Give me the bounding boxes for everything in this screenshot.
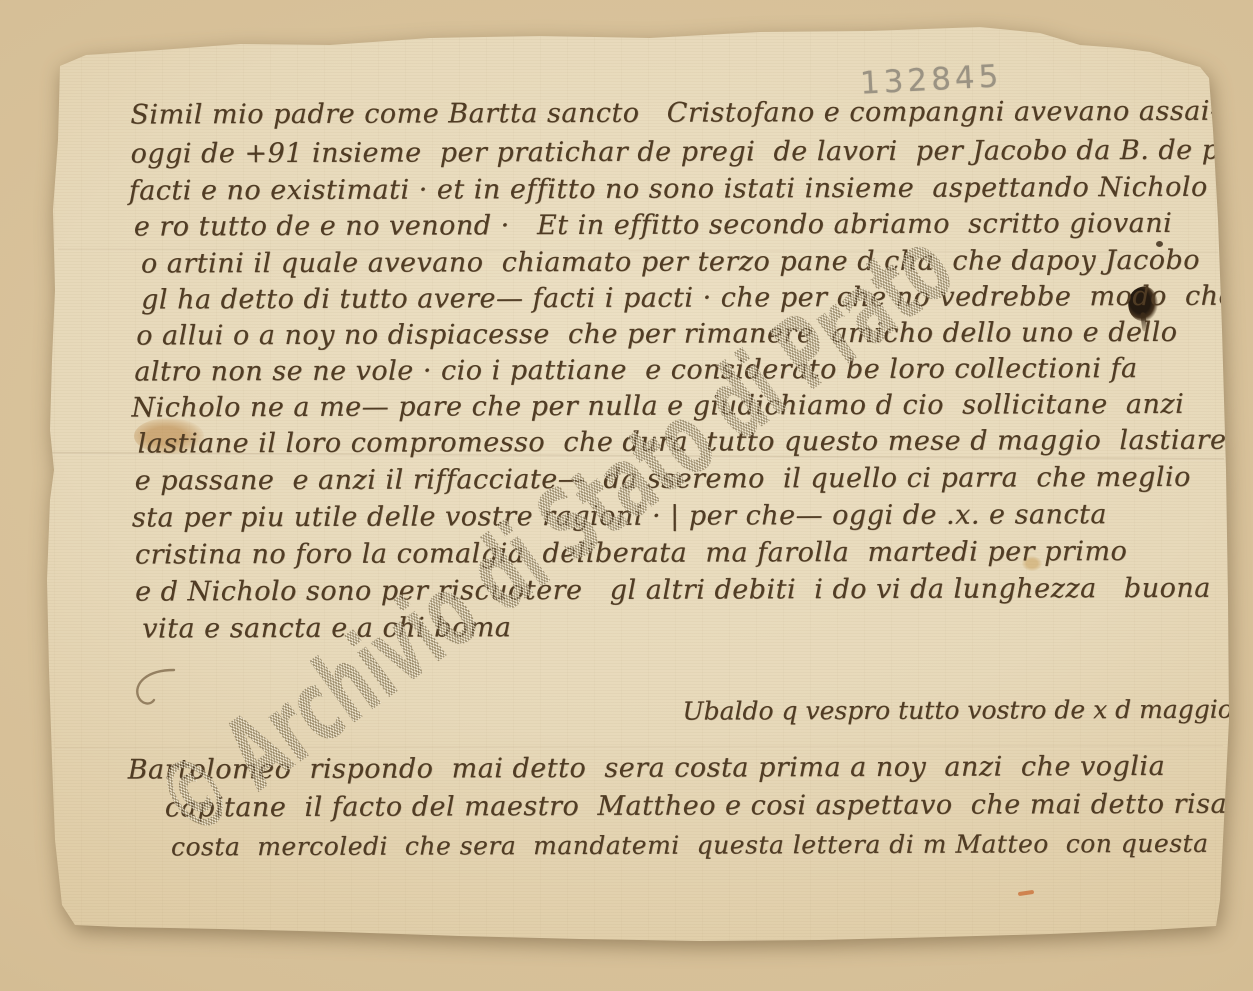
manuscript-line: facti e no existimati · et in effitto no…: [129, 172, 1208, 207]
manuscript-line: Simil mio padre come Bartta sancto Crist…: [130, 96, 1237, 131]
paper-shadow-wrap: Simil mio padre come Bartta sancto Crist…: [0, 0, 1253, 991]
orange-streak: [1018, 890, 1034, 896]
pen-flourish: [130, 666, 192, 714]
manuscript-paper: Simil mio padre come Bartta sancto Crist…: [0, 0, 1253, 991]
manuscript-line: o artini il quale avevano chiamato per t…: [141, 245, 1200, 280]
archival-number-pencil: 132845: [859, 58, 1003, 101]
postscript-line: capitane il facto del maestro Mattheo e …: [165, 789, 1253, 824]
manuscript-line: e ro tutto de e no venond · Et in effitt…: [134, 208, 1173, 243]
postscript-line: costa mercoledi che sera mandatemi quest…: [171, 828, 1253, 861]
manuscript-line: altro non se ne vole · cio i pattiane e …: [134, 353, 1137, 388]
manuscript-line: o allui o a noy no dispiacesse che per r…: [136, 317, 1177, 352]
manuscript-line: gl ha detto di tutto avere— facti i pact…: [141, 281, 1235, 316]
manuscript-line: oggi de +91 insieme per pratichar de pre…: [130, 135, 1253, 170]
scanned-letter-scene: Simil mio padre come Bartta sancto Crist…: [0, 0, 1253, 991]
signoff-line: Ubaldo q vespro tutto vostro de x d magg…: [682, 695, 1232, 726]
manuscript-line: e d Nicholo sono per riscuotere gl altri…: [135, 573, 1211, 608]
